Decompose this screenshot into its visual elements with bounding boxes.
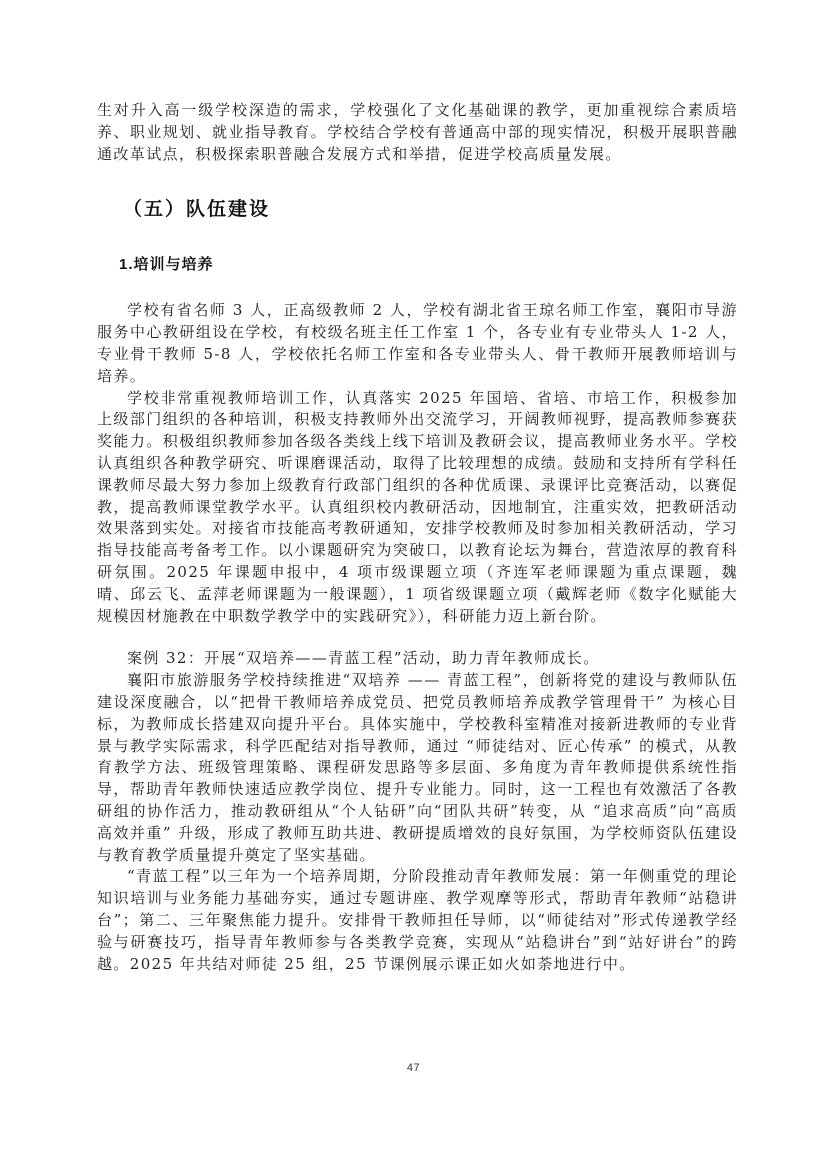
case-study-title: 案例 32：开展“双培养——青蓝工程”活动，助力青年教师成长。 — [97, 648, 738, 670]
paragraph-training-detail: 学校非常重视教师培训工作，认真落实 2025 年国培、省培、市培工作，积极参加上… — [97, 388, 738, 628]
case-study-body-1: 襄阳市旅游服务学校持续推进“双培养 —— 青蓝工程”，创新将党的建设与教师队伍建… — [97, 670, 738, 866]
subsection-heading: 1.培训与培养 — [97, 255, 738, 274]
document-page: 生对升入高一级学校深造的需求，学校强化了文化基础课的教学，更加重视综合素质培养、… — [0, 0, 827, 1169]
case-study-body-2: “青蓝工程”以三年为一个培养周期，分阶段推动青年教师发展：第一年侧重党的理论知识… — [97, 866, 738, 975]
section-heading: （五）队伍建设 — [97, 197, 738, 223]
page-number: 47 — [0, 1062, 827, 1074]
paragraph-team-overview: 学校有省名师 3 人，正高级教师 2 人，学校有湖北省王琼名师工作室，襄阳市导游… — [97, 300, 738, 387]
case-study-block: 案例 32：开展“双培养——青蓝工程”活动，助力青年教师成长。 襄阳市旅游服务学… — [97, 648, 738, 975]
paragraph-intro-continuation: 生对升入高一级学校深造的需求，学校强化了文化基础课的教学，更加重视综合素质培养、… — [97, 100, 738, 165]
